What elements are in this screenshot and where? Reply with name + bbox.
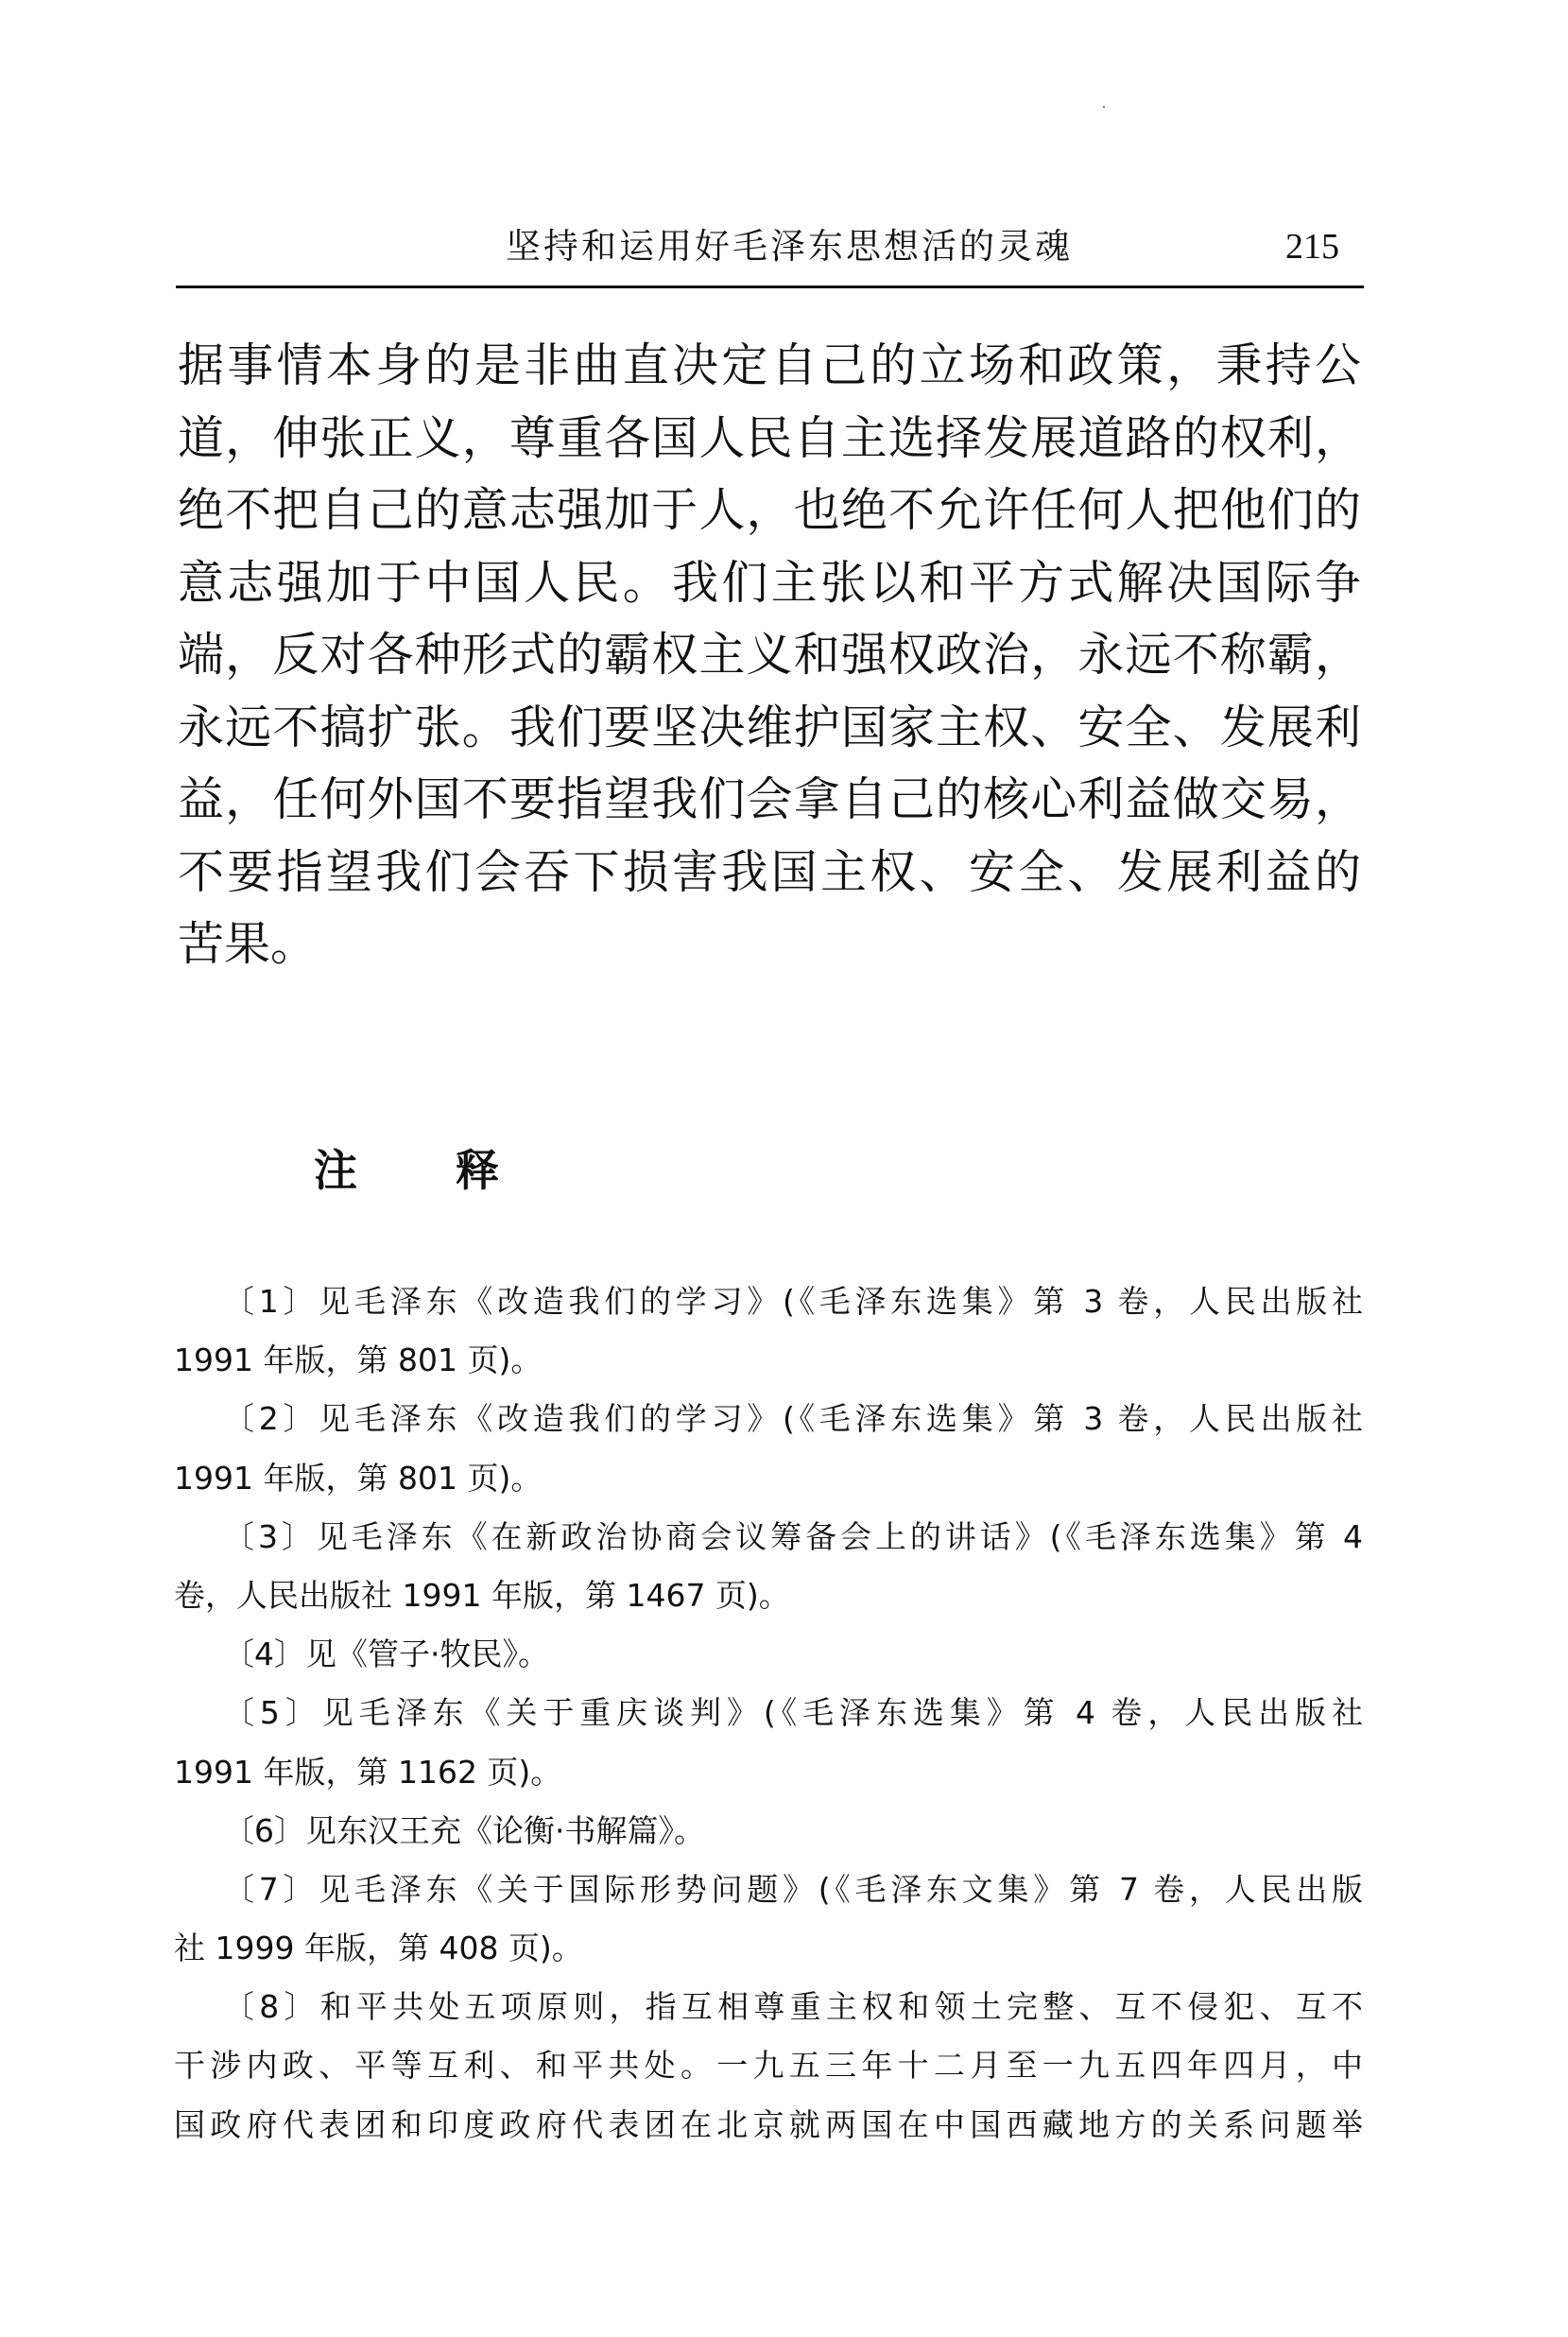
- note-line: 干涉内政、平等互利、和平共处。一九五三年十二月至一九五四年四月，中: [174, 2036, 1363, 2095]
- running-head-title: 坚持和运用好毛泽东思想活的灵魂: [506, 223, 1054, 270]
- body-line: 益，任何外国不要指望我们会拿自己的核心利益做交易，: [178, 764, 1361, 837]
- body-line: 永远不搞扩张。我们要坚决维护国家主权、安全、发展利: [178, 692, 1361, 765]
- page-number: 215: [1285, 223, 1339, 270]
- body-line: 据事情本身的是非曲直决定自己的立场和政策，秉持公: [178, 330, 1361, 403]
- note-item-2: 〔2〕见毛泽东《改造我们的学习》(《毛泽东选集》第 3 卷，人民出版社 1991…: [174, 1390, 1363, 1507]
- body-line: 绝不把自己的意志强加于人，也绝不允许任何人把他们的: [178, 475, 1361, 547]
- note-item-3: 〔3〕见毛泽东《在新政治协商会议筹备会上的讲话》(《毛泽东选集》第 4 卷，人民…: [174, 1508, 1363, 1625]
- note-item-8: 〔8〕和平共处五项原则，指互相尊重主权和领土完整、互不侵犯、互不 干涉内政、平等…: [174, 1978, 1363, 2155]
- body-line: 意志强加于中国人民。我们主张以和平方式解决国际争: [178, 547, 1361, 620]
- note-line: 〔3〕见毛泽东《在新政治协商会议筹备会上的讲话》(《毛泽东选集》第 4: [174, 1508, 1363, 1567]
- note-line: 〔4〕见《管子·牧民》。: [174, 1625, 1363, 1684]
- body-line: 苦果。: [178, 909, 1361, 981]
- note-line: 卷，人民出版社 1991 年版，第 1467 页)。: [174, 1567, 1363, 1625]
- note-line: 国政府代表团和印度政府代表团在北京就两国在中国西藏地方的关系问题举: [174, 2096, 1363, 2155]
- note-item-7: 〔7〕见毛泽东《关于国际形势问题》(《毛泽东文集》第 7 卷，人民出版 社 19…: [174, 1861, 1363, 1978]
- note-line: 〔2〕见毛泽东《改造我们的学习》(《毛泽东选集》第 3 卷，人民出版社: [174, 1390, 1363, 1448]
- note-line: 〔6〕见东汉王充《论衡·书解篇》。: [174, 1802, 1363, 1861]
- note-item-6: 〔6〕见东汉王充《论衡·书解篇》。: [174, 1802, 1363, 1861]
- note-line: 〔8〕和平共处五项原则，指互相尊重主权和领土完整、互不侵犯、互不: [174, 1978, 1363, 2036]
- note-line: 〔1〕见毛泽东《改造我们的学习》(《毛泽东选集》第 3 卷，人民出版社: [174, 1272, 1363, 1331]
- note-item-1: 〔1〕见毛泽东《改造我们的学习》(《毛泽东选集》第 3 卷，人民出版社 1991…: [174, 1272, 1363, 1390]
- note-line: 1991 年版，第 1162 页)。: [174, 1743, 1363, 1802]
- note-line: 1991 年版，第 801 页)。: [174, 1449, 1363, 1508]
- note-line: 社 1999 年版，第 408 页)。: [174, 1919, 1363, 1978]
- notes-heading-char: 释: [456, 1142, 499, 1199]
- note-line: 〔5〕见毛泽东《关于重庆谈判》(《毛泽东选集》第 4 卷，人民出版社: [174, 1684, 1363, 1742]
- note-line: 〔7〕见毛泽东《关于国际形势问题》(《毛泽东文集》第 7 卷，人民出版: [174, 1861, 1363, 1919]
- note-line: 1991 年版，第 801 页)。: [174, 1331, 1363, 1390]
- body-line: 不要指望我们会吞下损害我国主权、安全、发展利益的: [178, 837, 1361, 909]
- body-line: 道，伸张正义，尊重各国人民自主选择发展道路的权利，: [178, 403, 1361, 476]
- header-rule: [176, 286, 1364, 288]
- scan-speck: [1103, 106, 1105, 108]
- body-paragraph: 据事情本身的是非曲直决定自己的立场和政策，秉持公 道，伸张正义，尊重各国人民自主…: [178, 330, 1361, 981]
- note-item-5: 〔5〕见毛泽东《关于重庆谈判》(《毛泽东选集》第 4 卷，人民出版社 1991 …: [174, 1684, 1363, 1801]
- note-item-4: 〔4〕见《管子·牧民》。: [174, 1625, 1363, 1684]
- notes-list: 〔1〕见毛泽东《改造我们的学习》(《毛泽东选集》第 3 卷，人民出版社 1991…: [174, 1272, 1363, 2155]
- notes-heading-char: 注: [314, 1142, 357, 1199]
- notes-heading: 注释: [314, 1142, 499, 1199]
- body-line: 端，反对各种形式的霸权主义和强权政治，永远不称霸，: [178, 619, 1361, 692]
